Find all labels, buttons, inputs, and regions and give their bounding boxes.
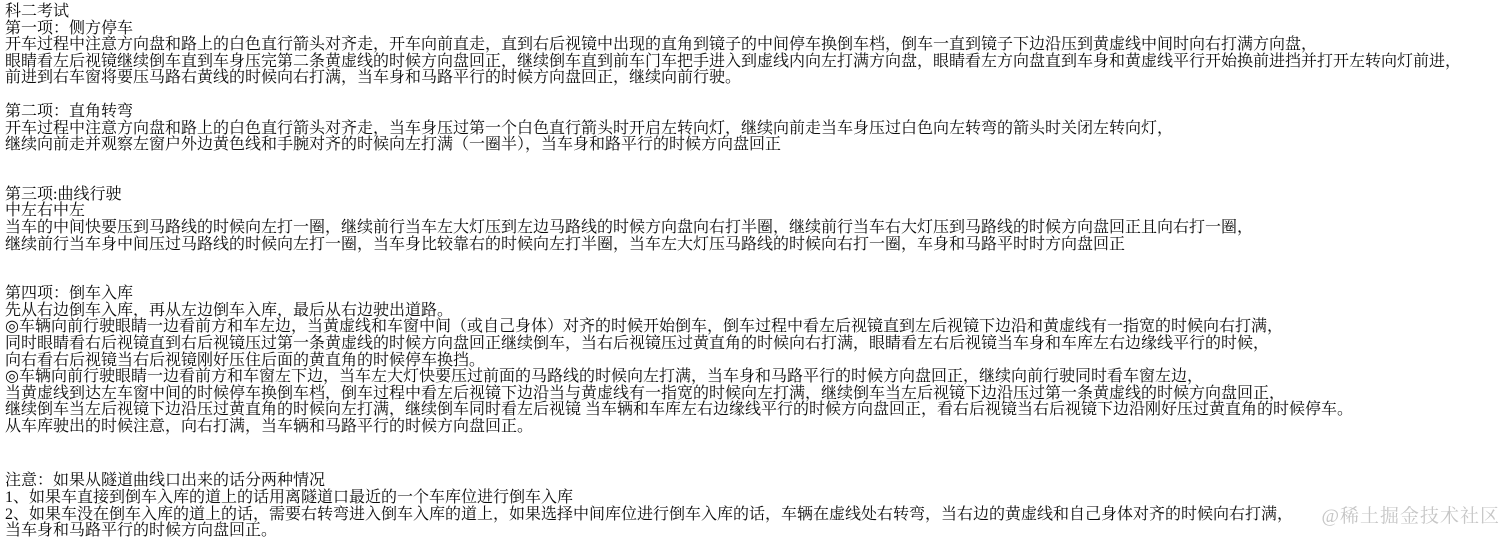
- text-line: 从车库驶出的时候注意，向右打满，当车辆和马路平行的时候方向盘回正。: [5, 419, 1512, 436]
- text-line: 先从右边倒车入库，再从左边倒车入库，最后从右边驶出道路。: [5, 303, 1512, 320]
- text-line: 同时眼睛看右后视镜直到右后视镜压过第一条黄虚线的时候方向盘回正继续倒车，当右后视…: [5, 336, 1512, 353]
- text-line: 开车过程中注意方向盘和路上的白色直行箭头对齐走，开车向前直走，直到右后视镜中出现…: [5, 37, 1512, 54]
- section-heading: 第三项:曲线行驶: [5, 187, 1512, 204]
- section-heading: 第四项：倒车入库: [5, 286, 1512, 303]
- text-line: 前进到右车窗将要压马路右黄线的时候向右打满，当车身和马路平行的时候方向盘回正，继…: [5, 70, 1512, 87]
- watermark: @稀土掘金技术社区: [1322, 501, 1501, 528]
- text-line: 开车过程中注意方向盘和路上的白色直行箭头对齐走，当车身压过第一个白色直行箭头时开…: [5, 121, 1512, 138]
- section-side-parking: 第一项：侧方停车开车过程中注意方向盘和路上的白色直行箭头对齐走，开车向前直走，直…: [5, 21, 1512, 87]
- section-heading: 第二项：直角转弯: [5, 104, 1512, 121]
- text-line: 中左右中左: [5, 203, 1512, 220]
- text-line: 当车的中间快要压到马路线的时候向左打一圈，继续前行当车左大灯压到左边马路线的时候…: [5, 220, 1512, 237]
- sections-container: 第一项：侧方停车开车过程中注意方向盘和路上的白色直行箭头对齐走，开车向前直走，直…: [5, 21, 1512, 540]
- doc-title: 科二考试: [5, 4, 1512, 21]
- text-line: 继续向前走并观察左窗户外边黄色线和手腕对齐的时候向左打满（一圈半），当车身和路平…: [5, 137, 1512, 154]
- section-curve-driving: 第三项:曲线行驶中左右中左当车的中间快要压到马路线的时候向左打一圈，继续前行当车…: [5, 187, 1512, 253]
- text-line: ◎车辆向前行驶眼睛一边看前方和车窗左下边，当车左大灯快要压过前面的马路线的时候向…: [5, 369, 1512, 386]
- section-heading: 注意：如果从隧道曲线口出来的话分两种情况: [5, 473, 1512, 490]
- text-line: 向右看右后视镜当右后视镜刚好压住后面的黄直角的时候停车换挡。: [5, 353, 1512, 370]
- section-reverse-parking: 第四项：倒车入库先从右边倒车入库，再从左边倒车入库，最后从右边驶出道路。◎车辆向…: [5, 286, 1512, 435]
- document-body: 科二考试 第一项：侧方停车开车过程中注意方向盘和路上的白色直行箭头对齐走，开车向…: [0, 0, 1512, 540]
- text-line: 1、如果车直接到倒车入库的道上的话用离隧道口最近的一个车库位进行倒车入库: [5, 490, 1512, 507]
- text-line: 2、如果车没在倒车入库的道上的话，需要右转弯进入倒车入库的道上，如果选择中间库位…: [5, 507, 1512, 524]
- text-line: 继续倒车当左后视镜下边沿压过黄直角的时候向左打满，继续倒车同时看左后视镜 当车辆…: [5, 402, 1512, 419]
- section-heading: 第一项：侧方停车: [5, 21, 1512, 38]
- text-line: ◎车辆向前行驶眼睛一边看前方和车左边，当黄虚线和车窗中间（或自己身体）对齐的时候…: [5, 319, 1512, 336]
- text-line: 继续前行当车身中间压过马路线的时候向左打一圈，当车身比较靠右的时候向左打半圈，当…: [5, 237, 1512, 254]
- text-line: 眼睛看左后视镜继续倒车直到车身压完第二条黄虚线的时候方向盘回正，继续倒车直到前车…: [5, 54, 1512, 71]
- text-line: 当黄虚线到达左车窗中间的时候停车换倒车档，倒车过程中看左后视镜下边沿当与黄虚线有…: [5, 386, 1512, 403]
- section-notes: 注意：如果从隧道曲线口出来的话分两种情况1、如果车直接到倒车入库的道上的话用离隧…: [5, 473, 1512, 539]
- text-line: 当车身和马路平行的时候方向盘回正。: [5, 523, 1512, 540]
- section-right-angle-turn: 第二项：直角转弯开车过程中注意方向盘和路上的白色直行箭头对齐走，当车身压过第一个…: [5, 104, 1512, 154]
